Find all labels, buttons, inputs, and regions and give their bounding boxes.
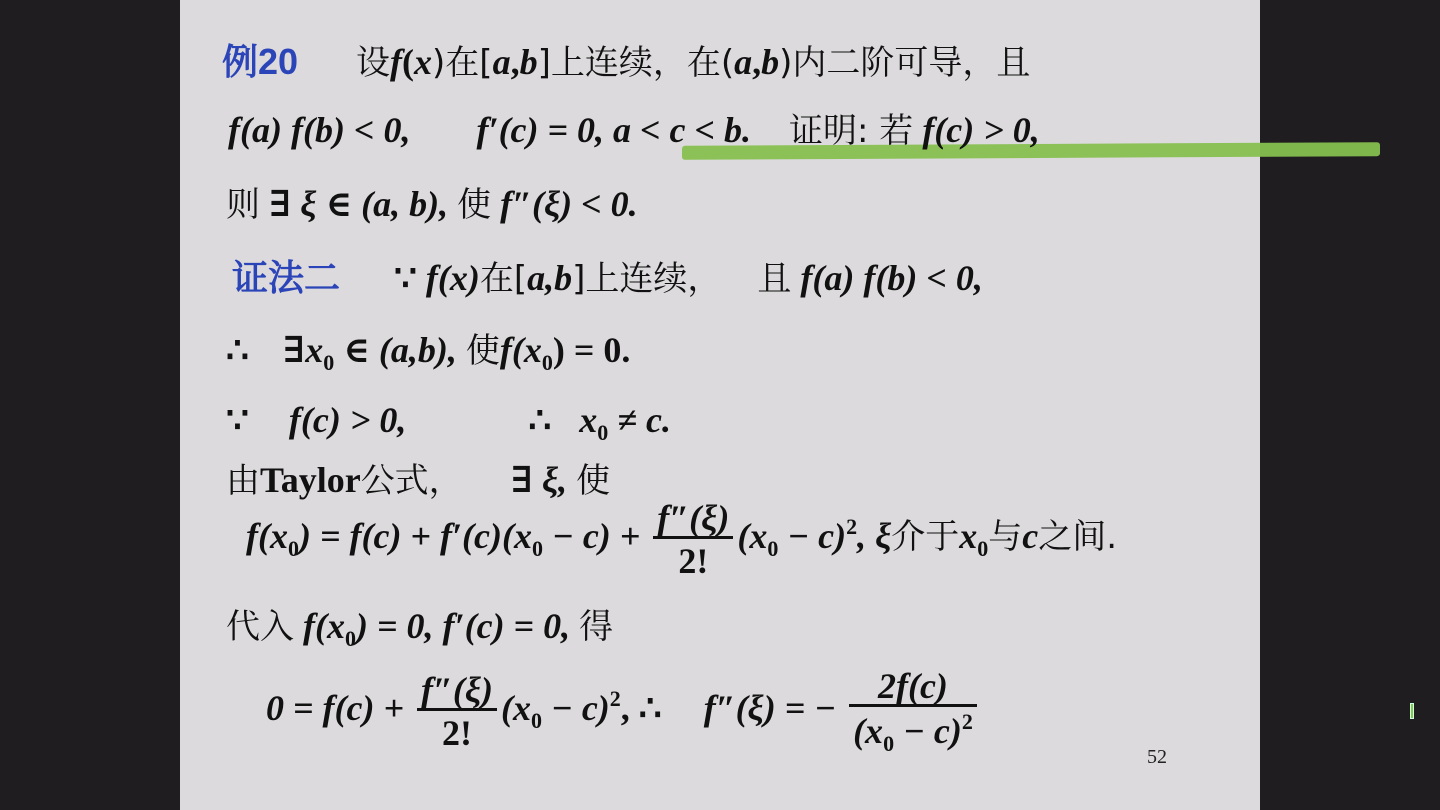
- page-number: 52: [1147, 746, 1167, 769]
- example-statement-line2: f(a) f(b) < 0, f′(c) = 0, a < c < b. 证明:…: [228, 112, 1040, 148]
- final-fraction-1: f″(ξ) 2!: [417, 672, 497, 751]
- proof-line4: 由Taylor公式， ∃ ξ, 使: [226, 462, 610, 498]
- example-label: 例20: [222, 41, 298, 82]
- proof-line5: 代入 f(x0) = 0, f′(c) = 0, 得: [226, 608, 613, 650]
- highlighted-condition: f′(c) = 0, a < c < b.: [476, 110, 751, 150]
- proof-label: 证法二: [232, 257, 340, 298]
- example-statement-line3: 则 ∃ ξ ∈ (a, b), 使 f″(ξ) < 0.: [226, 186, 638, 222]
- lecture-slide: 例20 设f(x)在[a,b]上连续，在(a,b)内二阶可导，且 f(a) f(…: [180, 0, 1260, 810]
- final-equation: 0 = f(c) + f″(ξ) 2! (x0 − c)2, ∴ f″(ξ) =…: [266, 668, 981, 755]
- taylor-fraction: f″(ξ) 2!: [653, 500, 733, 579]
- final-fraction-2: 2f(c) (x0 − c)2: [849, 668, 977, 755]
- proof-line3: ∵ f(c) > 0, ∴ x0 ≠ c.: [226, 402, 671, 444]
- scroll-indicator[interactable]: [1410, 703, 1414, 719]
- proof-line1: 证法二 ∵ f(x)在[a,b]上连续， 且 f(a) f(b) < 0,: [232, 260, 983, 296]
- taylor-formula: f(x0) = f(c) + f′(c)(x0 − c) + f″(ξ) 2! …: [246, 500, 1117, 579]
- example-statement-line1: 例20 设f(x)在[a,b]上连续，在(a,b)内二阶可导，且: [222, 44, 1030, 80]
- proof-line2: ∴ ∃x0 ∈ (a,b), 使f(x0) = 0.: [226, 332, 630, 374]
